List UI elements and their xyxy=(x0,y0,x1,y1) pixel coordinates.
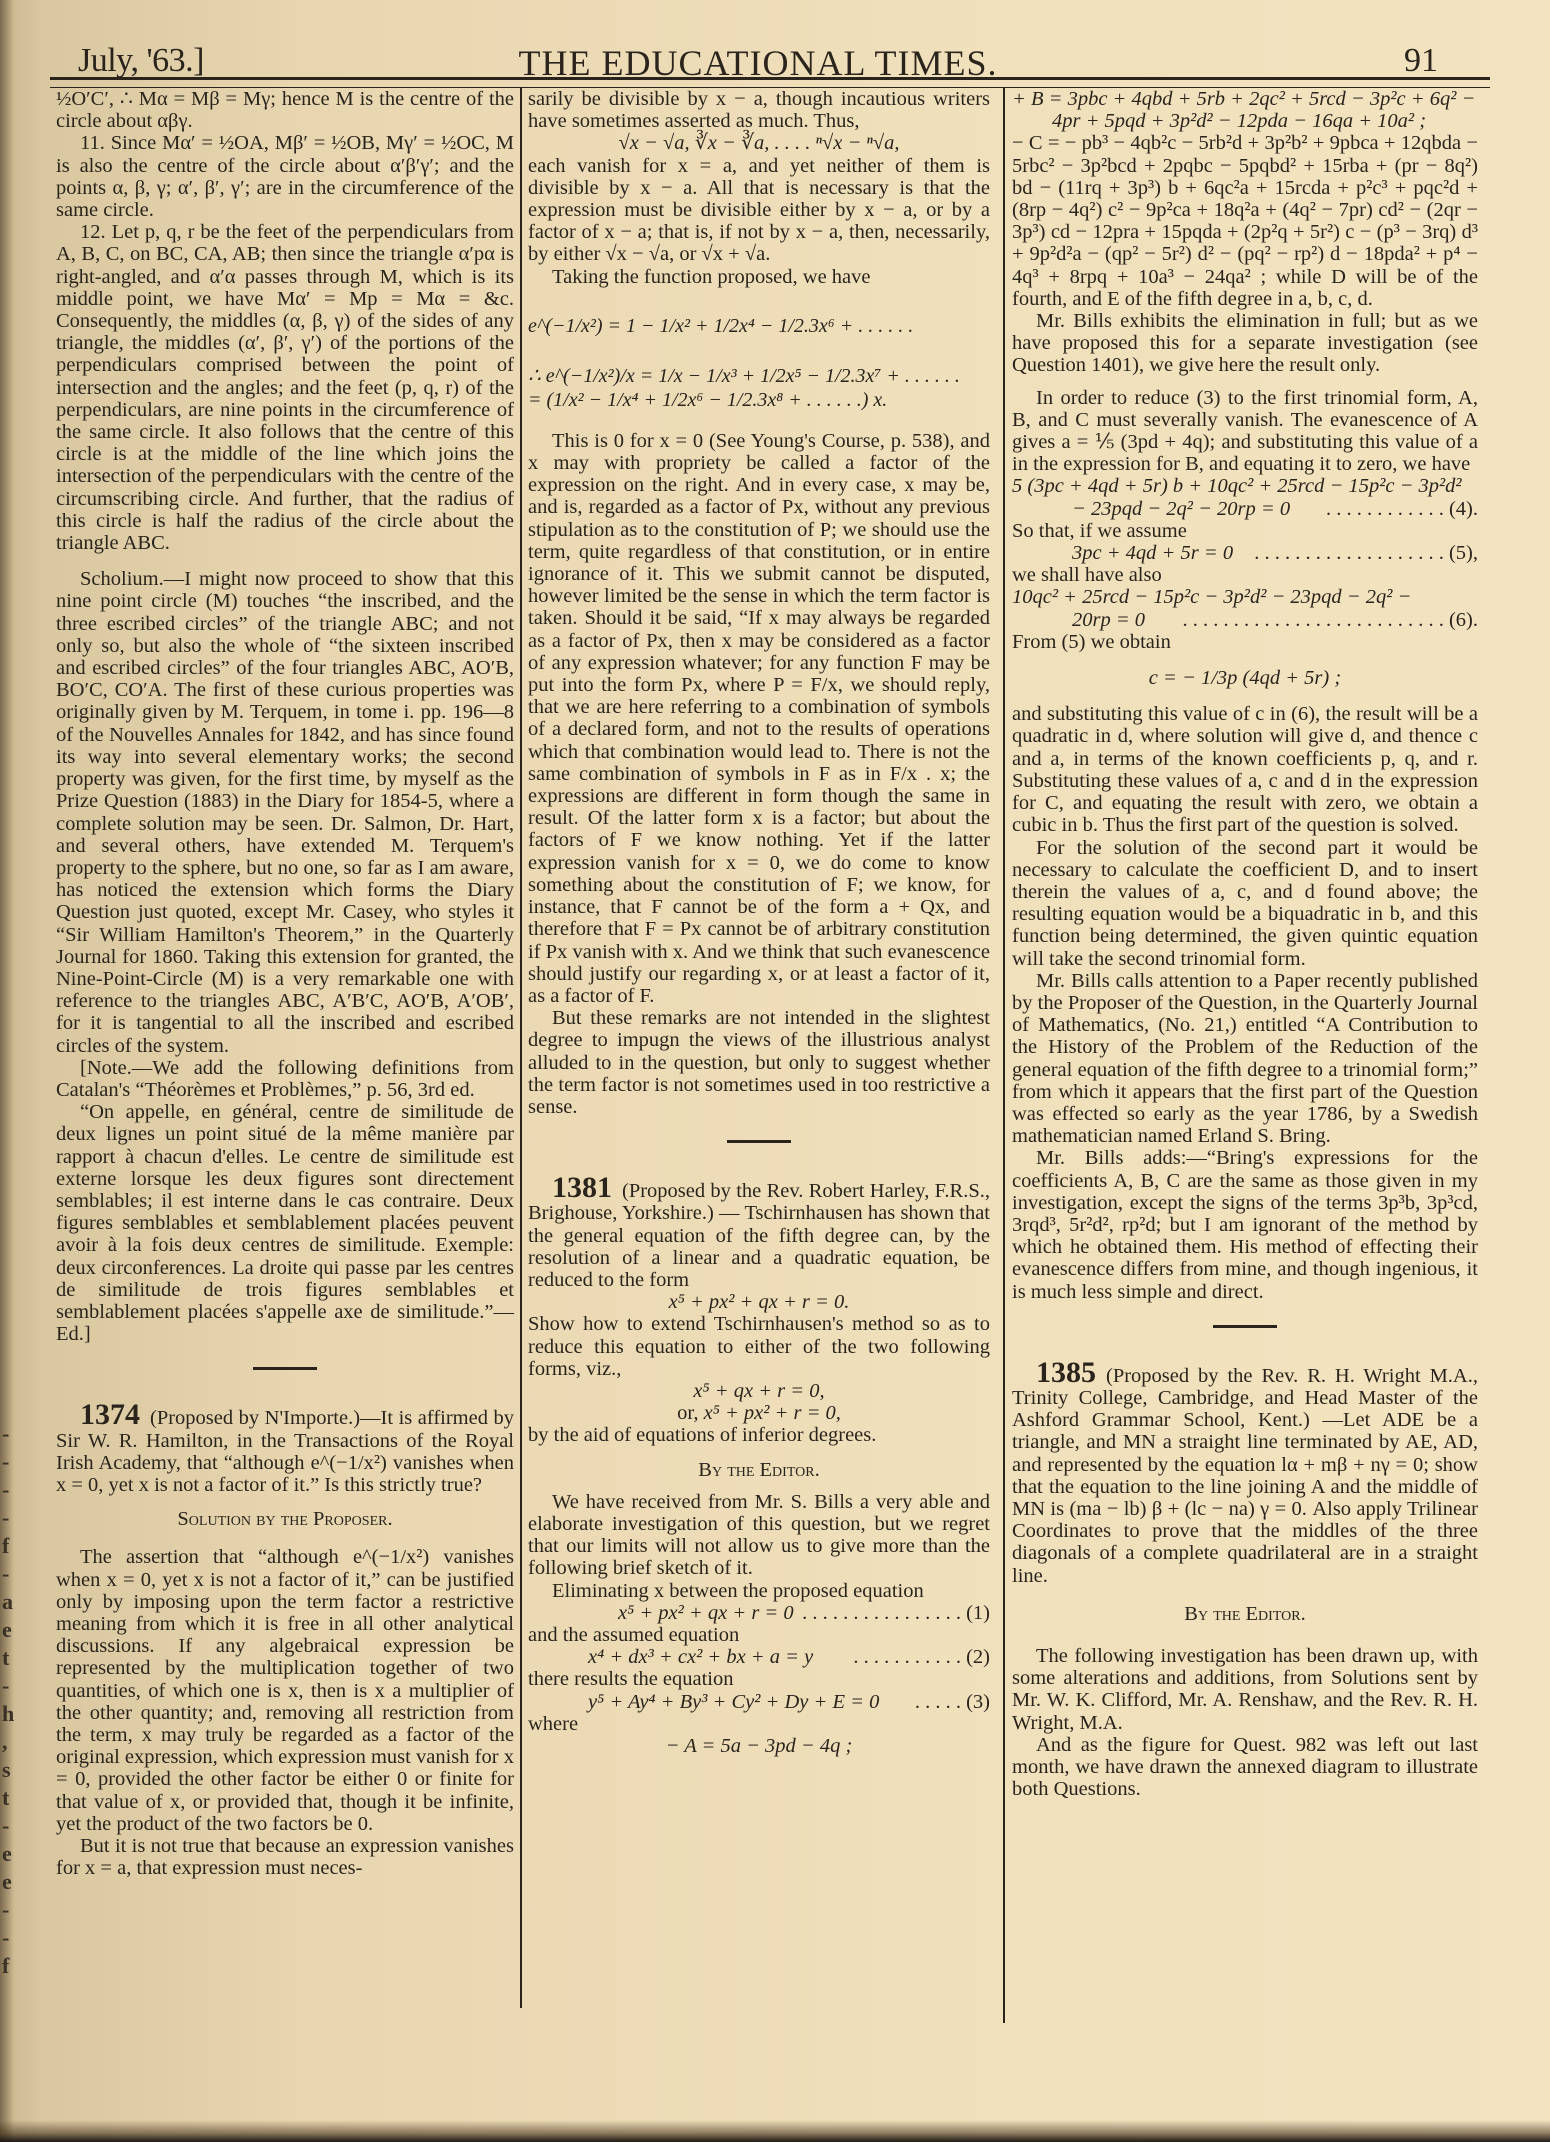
page-bottom-shadow xyxy=(0,2120,1550,2142)
header-double-rule xyxy=(50,77,1490,88)
paragraph: This is 0 for x = 0 (See Young's Course,… xyxy=(528,430,990,1007)
paragraph: and substituting this value of c in (6),… xyxy=(1012,703,1478,836)
equation-3: y⁵ + Ay⁴ + By³ + Cy² + Dy + E = 0. . . .… xyxy=(528,1691,990,1713)
equation-roots: √x − √a, ∛x − ∛a, . . . . ⁿ√x − ⁿ√a, xyxy=(528,132,990,154)
equation-form: x⁵ + px² + qx + r = 0. xyxy=(528,1291,990,1313)
equation-1: x⁵ + px² + qx + r = 0. . . . . . . . . .… xyxy=(528,1602,990,1624)
paragraph: there results the equation xyxy=(528,1668,990,1690)
section-divider xyxy=(253,1367,317,1370)
paragraph-11: 11. Since Mα′ = ½OA, Mβ′ = ½OB, Mγ′ = ½O… xyxy=(56,132,514,221)
equation-series-1: e^(−1/x²) = 1 − 1/x² + 1/2x⁴ − 1/2.3x⁶ +… xyxy=(528,314,990,338)
question-1385: 1385(Proposed by the Rev. R. H. Wright M… xyxy=(1012,1362,1478,1587)
facing-page-bleed: ----f-aet-h,st-ee--f xyxy=(2,1420,14,1980)
paragraph: we shall have also xyxy=(1012,564,1478,586)
paragraph: Taking the function proposed, we have xyxy=(528,266,990,288)
equation-2: x⁴ + dx³ + cx² + bx + a = y. . . . . . .… xyxy=(528,1646,990,1668)
paragraph: From (5) we obtain xyxy=(1012,631,1478,653)
paragraph: Mr. Bills adds:—“Bring's expressions for… xyxy=(1012,1147,1478,1302)
question-1381: 1381(Proposed by the Rev. Robert Harley,… xyxy=(528,1177,990,1291)
column-middle: sarily be divisible by x − a, though inc… xyxy=(528,88,990,1757)
column-right: + B = 3pbc + 4qbd + 5rb + 2qc² + 5rcd − … xyxy=(1012,88,1478,1800)
equation-A: − A = 5a − 3pd − 4q ; xyxy=(528,1735,990,1757)
paragraph: In order to reduce (3) to the first trin… xyxy=(1012,387,1478,476)
paragraph: But these remarks are not intended in th… xyxy=(528,1007,990,1118)
equation-6-line1: 10qc² + 25rcd − 15p²c − 3p²d² − 23pqd − … xyxy=(1012,586,1478,608)
question-text-3: by the aid of equations of inferior degr… xyxy=(528,1424,990,1446)
page-number: 91 xyxy=(1404,42,1438,80)
equation-form-b: or, x⁵ + px² + r = 0, xyxy=(528,1402,990,1424)
equation-B-line2: 4pr + 5pqd + 3p²d² − 12pda − 16qa + 10a²… xyxy=(1012,110,1478,132)
question-text: (Proposed by the Rev. R. H. Wright M.A.,… xyxy=(1012,1365,1478,1587)
solution-heading: Solution by the Proposer. xyxy=(56,1508,514,1530)
paragraph: The following investigation has been dra… xyxy=(1012,1645,1478,1734)
paragraph: each vanish for x = a, and yet neither o… xyxy=(528,155,990,266)
equation-4: − 23pqd − 2q² − 20rp = 0. . . . . . . . … xyxy=(1012,498,1478,520)
solution-paragraph-continued: But it is not true that because an expre… xyxy=(56,1835,514,1879)
scholium-paragraph: Scholium.—I might now proceed to show th… xyxy=(56,568,514,1056)
solution-paragraph: The assertion that “although e^(−1/x²) v… xyxy=(56,1546,514,1835)
equation-form-a: x⁵ + qx + r = 0, xyxy=(528,1380,990,1402)
paragraph: Mr. Bills exhibits the elimination in fu… xyxy=(1012,310,1478,377)
column-divider-1 xyxy=(520,88,522,2008)
section-divider xyxy=(1213,1325,1277,1328)
equation-c: c = − 1/3p (4qd + 5r) ; xyxy=(1012,667,1478,689)
equation-B-line1: + B = 3pbc + 4qbd + 5rb + 2qc² + 5rcd − … xyxy=(1012,88,1478,110)
paragraph: For the solution of the second part it w… xyxy=(1012,837,1478,970)
equation-4-line1: 5 (3pc + 4qd + 5r) b + 10qc² + 25rcd − 1… xyxy=(1012,475,1478,497)
paragraph: ½O′C′, ∴ Mα = Mβ = Mγ; hence M is the ce… xyxy=(56,88,514,132)
equation-5: 3pc + 4qd + 5r = 0. . . . . . . . . . . … xyxy=(1012,542,1478,564)
paragraph: We have received from Mr. S. Bills a ver… xyxy=(528,1491,990,1580)
question-number: 1385 xyxy=(1036,1356,1096,1389)
paragraph-12: 12. Let p, q, r be the feet of the perpe… xyxy=(56,221,514,554)
paragraph: sarily be divisible by x − a, though inc… xyxy=(528,88,990,132)
paragraph: Mr. Bills calls attention to a Paper rec… xyxy=(1012,970,1478,1148)
question-number: 1381 xyxy=(552,1171,612,1204)
editor-note: [Note.—We add the following definitions … xyxy=(56,1057,514,1101)
paragraph: and the assumed equation xyxy=(528,1624,990,1646)
french-quotation: “On appelle, en général, centre de simil… xyxy=(56,1101,514,1345)
question-number: 1374 xyxy=(80,1398,140,1431)
column-divider-2 xyxy=(1003,88,1005,2023)
question-text-2: Show how to extend Tschirnhausen's metho… xyxy=(528,1313,990,1380)
solution-heading: By the Editor. xyxy=(1012,1603,1478,1625)
equation-series-3: = (1/x² − 1/x⁴ + 1/2x⁶ − 1/2.3x⁸ + . . .… xyxy=(528,388,990,412)
paragraph: where xyxy=(528,1713,990,1735)
section-divider xyxy=(727,1140,791,1143)
paragraph: Eliminating x between the proposed equat… xyxy=(528,1580,990,1602)
paragraph: And as the figure for Quest. 982 was lef… xyxy=(1012,1734,1478,1801)
column-left: ½O′C′, ∴ Mα = Mβ = Mγ; hence M is the ce… xyxy=(56,88,514,1879)
question-1374: 1374(Proposed by N'Importe.)—It is affir… xyxy=(56,1404,514,1496)
paragraph: So that, if we assume xyxy=(1012,520,1478,542)
solution-heading: By the Editor. xyxy=(528,1459,990,1481)
equation-C: − C = − pb³ − 4qb²c − 5rb²d + 3p²b² + 9p… xyxy=(1012,132,1478,310)
equation-6: 20rp = 0. . . . . . . . . . . . . . . . … xyxy=(1012,609,1478,631)
equation-series-2: ∴ e^(−1/x²)/x = 1/x − 1/x³ + 1/2x⁵ − 1/2… xyxy=(528,364,990,388)
